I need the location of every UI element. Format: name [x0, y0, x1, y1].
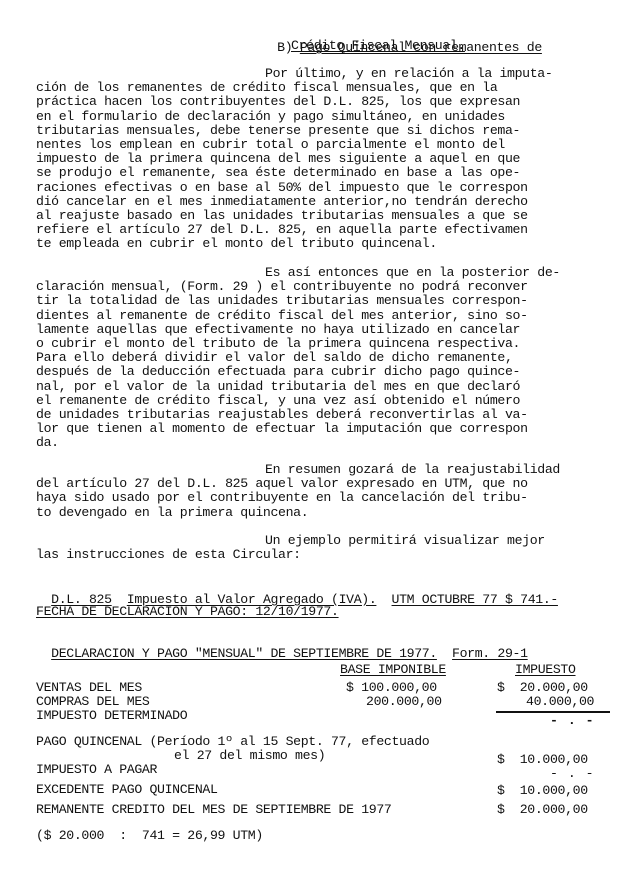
row-compras-base: 200.000,00: [366, 694, 442, 710]
column-header-impuesto: IMPUESTO: [515, 662, 576, 678]
remanente-amount: $ 20.000,00: [497, 802, 588, 818]
utm-calculation: ($ 20.000 : 741 = 26,99 UTM): [36, 828, 263, 844]
row-compras-tax: 40.000,00: [526, 694, 594, 710]
quincenal-line2: el 27 del mismo mes): [174, 748, 325, 764]
a-pagar-amount: - . -: [550, 766, 595, 782]
declaration-title: DECLARACION Y PAGO "MENSUAL" DE SEPTIEMB…: [51, 646, 437, 661]
text-line: te empleada en cubrir el monto del tribu…: [36, 236, 437, 252]
column-header-base-imponible: BASE IMPONIBLE: [340, 662, 446, 678]
text-line: Un ejemplo permitirá visualizar mejor: [265, 533, 545, 549]
excedente-label: EXCEDENTE PAGO QUINCENAL: [36, 782, 218, 798]
text-line: las instrucciones de esta Circular:: [36, 547, 301, 563]
excedente-amount: $ 10.000,00: [497, 783, 588, 799]
row-determinado-tax: - . -: [550, 713, 595, 729]
row-determinado-label: IMPUESTO DETERMINADO: [36, 708, 187, 724]
a-pagar-label: IMPUESTO A PAGAR: [36, 762, 157, 778]
utm-note: UTM OCTUBRE 77 $ 741.-: [392, 592, 558, 607]
remanente-label: REMANENTE CREDITO DEL MES DE SEPTIEMBRE …: [36, 802, 392, 818]
text-line: lor que tienen al momento de efectuar la…: [36, 421, 528, 437]
form-number: Form. 29-1: [452, 646, 528, 661]
text-line: da.: [36, 435, 59, 451]
declaration-period-line: DECLARACION Y PAGO "MENSUAL" DE SEPTIEMB…: [36, 630, 528, 662]
text-line: to devengado en la primera quincena.: [36, 505, 308, 521]
declaration-date-line: FECHA DE DECLARACION Y PAGO: 12/10/1977.: [36, 604, 339, 620]
section-heading-line2: Crédito Fiscal Mensual.: [291, 38, 465, 54]
